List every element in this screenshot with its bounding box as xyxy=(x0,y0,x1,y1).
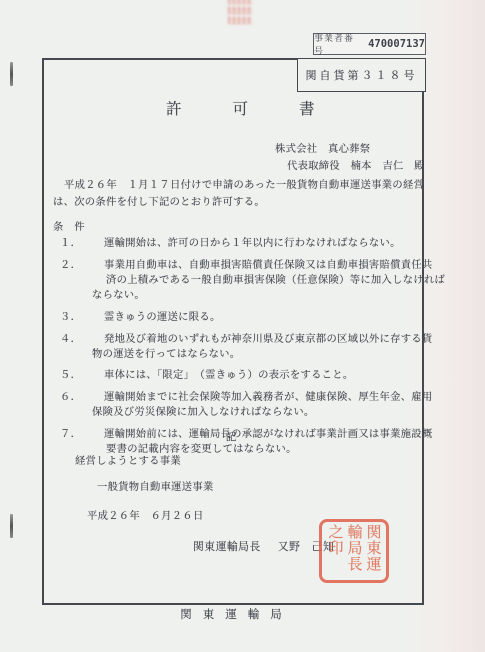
condition-text: 運輸開始は、許可の日から１年以内に行わなければならない。 xyxy=(104,236,416,251)
condition-item-1: １． 運輸開始は、許可の日から１年以内に行わなければならない。 xyxy=(60,236,416,251)
conditions-heading: 条 件 xyxy=(53,218,85,233)
addressee-company: 株式会社 真心葬祭 xyxy=(275,140,370,155)
body-line-2: は、次の条件を付し下記のとおり許可する。 xyxy=(53,193,265,208)
body-line-1: 平成２６年 １月１７日付けで申請のあった一般貨物自動車運送事業の経営 xyxy=(64,176,424,191)
condition-item-5: ５． 車体には、「限定」 （霊きゅう）の表示をすること。 xyxy=(60,368,416,383)
binding-mark-top xyxy=(10,62,13,86)
condition-number: ５． xyxy=(60,368,104,383)
scanned-permit-document: 事業者番号 470007137 関自貨第３１８号 許可書 株式会社 真心葬祭 代… xyxy=(0,0,485,652)
document-number: 関自貨第３１８号 xyxy=(306,67,418,83)
addressee-representative: 代表取締役 楠本 吉仁 殿 xyxy=(287,157,425,172)
condition-item-3: ３． 霊きゅうの運送に限る。 xyxy=(60,310,416,325)
condition-text: 発地及び着地のいずれもが神奈川県及び東京都の区域以外に存する貨 物の運送を行って… xyxy=(104,332,433,362)
condition-item-6: ６． 運輸開始までに社会保険等加入義務者が、健康保険、厚生年金、雇用 保険及び労… xyxy=(60,390,416,420)
business-number-box: 事業者番号 470007137 xyxy=(313,33,426,55)
condition-text: 運輸開始までに社会保険等加入義務者が、健康保険、厚生年金、雇用 保険及び労災保険… xyxy=(104,390,433,420)
ki-marker: 記 xyxy=(42,429,420,444)
binding-mark-bottom xyxy=(10,514,13,538)
business-number-value: 470007137 xyxy=(368,38,425,50)
document-number-box: 関自貨第３１８号 xyxy=(297,58,426,92)
signature-office: 関東運輸局長 xyxy=(193,539,261,554)
condition-number: １． xyxy=(60,236,104,251)
condition-text: 霊きゅうの運送に限る。 xyxy=(104,310,416,325)
footer-bureau-name: 関東運輸局 xyxy=(42,606,420,622)
condition-text: 事業用自動車は、自動車損害賠償責任保険又は自動車損害賠償責任共 済の上積みである… xyxy=(104,258,445,304)
condition-text: 車体には、「限定」 （霊きゅう）の表示をすること。 xyxy=(104,368,416,383)
business-section-value: 一般貨物自動車運送事業 xyxy=(97,478,214,493)
document-title: 許可書 xyxy=(166,97,366,119)
business-section-heading: 経営しようとする事業 xyxy=(75,452,181,467)
faint-red-stamp xyxy=(225,0,255,28)
seal-text: 関東運輸局長之印 xyxy=(326,524,383,578)
business-number-label: 事業者番号 xyxy=(314,31,361,57)
signature-line: 関東運輸局長 又野 己知 xyxy=(193,539,334,554)
condition-number: ３． xyxy=(60,310,104,325)
kanto-transport-bureau-seal: 関東運輸局長之印 xyxy=(319,519,389,583)
condition-item-2: ２． 事業用自動車は、自動車損害賠償責任保険又は自動車損害賠償責任共 済の上積み… xyxy=(60,258,416,304)
condition-item-4: ４． 発地及び着地のいずれもが神奈川県及び東京都の区域以外に存する貨 物の運送を… xyxy=(60,332,416,362)
issue-date: 平成２６年 ６月２６日 xyxy=(87,507,204,522)
